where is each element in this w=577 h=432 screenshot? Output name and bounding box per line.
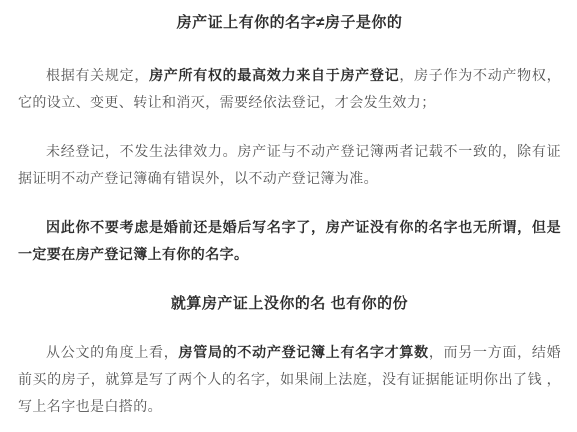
paragraph-text: 从公文的角度上看，: [46, 344, 179, 360]
paragraph-emphasis: 房管局的不动产登记簿上有名字才算数: [179, 344, 429, 360]
article-page: 房产证上有你的名字≠房子是你的 根据有关规定，房产所有权的最高效力来自于房产登记…: [0, 0, 577, 432]
paragraph-legal-effect: 未经登记，不发生法律效力。房产证与不动产登记簿两者记载不一致的，除有证据证明不动…: [18, 138, 561, 192]
paragraph-text: 根据有关规定，: [46, 67, 149, 83]
paragraph-emphasis: 因此你不要考虑是婚前还是婚后写名字了，房产证没有你的名字也无所谓，但是一定要在房…: [18, 219, 561, 262]
paragraph-text: 未经登记，不发生法律效力。房产证与不动产登记簿两者记载不一致的，除有证据证明不动…: [18, 143, 561, 186]
paragraph-registration-rule: 根据有关规定，房产所有权的最高效力来自于房产登记，房子作为不动产物权，它的设立、…: [18, 62, 561, 116]
paragraph-emphasis: 房产所有权的最高效力来自于房产登记: [149, 67, 399, 83]
article-title: 房产证上有你的名字≠房子是你的: [18, 9, 561, 36]
paragraph-advice: 因此你不要考虑是婚前还是婚后写名字了，房产证没有你的名字也无所谓，但是一定要在房…: [18, 214, 561, 268]
paragraph-share: 从公文的角度上看，房管局的不动产登记簿上有名字才算数，而另一方面，结婚前买的房子…: [18, 339, 561, 420]
section-heading: 就算房产证上没你的名 也有你的份: [18, 290, 561, 317]
